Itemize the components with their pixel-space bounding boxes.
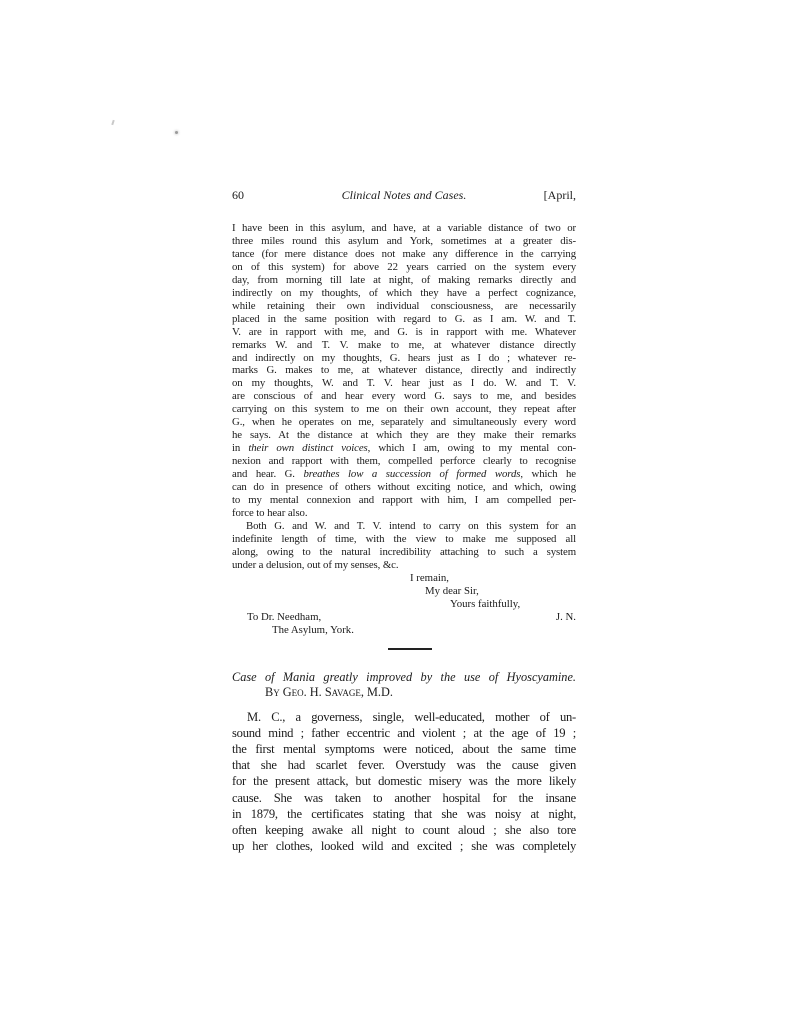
page-content: 60 Clinical Notes and Cases. [April, I h… xyxy=(232,188,576,854)
text-line: marks G. makes to me, at whatever distan… xyxy=(232,364,576,377)
text-line: he says. At the distance at which they a… xyxy=(232,429,576,442)
text-line: to my mental connexion and rapport with … xyxy=(232,494,576,507)
text-line: along, owing to the natural incredibilit… xyxy=(232,546,576,559)
text-line: and hear. G. breathes low a succession o… xyxy=(232,468,576,481)
valediction-dear-sir: My dear Sir, xyxy=(425,585,576,598)
text-line: tance (for mere distance does not make a… xyxy=(232,248,576,261)
text-line: M. C., a governess, single, well-educate… xyxy=(232,709,576,725)
text-line: force to hear also. xyxy=(232,507,576,520)
signature-initials: J. N. xyxy=(556,611,576,624)
text-line: and indirectly on my thoughts, G. hears … xyxy=(232,352,576,365)
text-line: on of this system) for above 22 years ca… xyxy=(232,261,576,274)
text-line: cause. She was taken to another hospital… xyxy=(232,790,576,806)
text-line: on my thoughts, W. and T. V. hear just a… xyxy=(232,377,576,390)
text-line: the first mental symptoms were noticed, … xyxy=(232,741,576,757)
text-line: remarks W. and T. V. make to me, at what… xyxy=(232,339,576,352)
article-title: Case of Mania greatly improved by the us… xyxy=(232,670,576,685)
section-divider xyxy=(388,648,432,650)
addressee-signature-line: To Dr. Needham, J. N. xyxy=(232,611,576,624)
text-line: nexion and rapport with them, compelled … xyxy=(232,455,576,468)
running-title: Clinical Notes and Cases. xyxy=(292,188,516,202)
running-header: 60 Clinical Notes and Cases. [April, xyxy=(232,188,576,202)
letter-closing: I remain, My dear Sir, Yours faithfully,… xyxy=(232,572,576,637)
letter-paragraph-1: I have been in this asylum, and have, at… xyxy=(232,222,576,520)
text-line: indefinite length of time, with the view… xyxy=(232,533,576,546)
page-number: 60 xyxy=(232,188,292,202)
text-line: for the present attack, but domestic mis… xyxy=(232,773,576,789)
issue-date: [April, xyxy=(516,188,576,202)
letter-paragraph-2: Both G. and W. and T. V. intend to carry… xyxy=(232,520,576,572)
text-line: while retaining their own individual con… xyxy=(232,300,576,313)
text-line: three miles round this asylum and York, … xyxy=(232,235,576,248)
addressee-address: The Asylum, York. xyxy=(272,624,576,637)
text-line: carrying on this system to me on their o… xyxy=(232,403,576,416)
text-line: that she had scarlet fever. Overstudy wa… xyxy=(232,757,576,773)
text-line: day, from morning till late at night, of… xyxy=(232,274,576,287)
journal-page: 60 Clinical Notes and Cases. [April, I h… xyxy=(0,0,800,1036)
valediction-faithfully: Yours faithfully, xyxy=(450,598,576,611)
valediction-remain: I remain, xyxy=(410,572,576,585)
text-line: up her clothes, looked wild and excited … xyxy=(232,838,576,854)
text-line: I have been in this asylum, and have, at… xyxy=(232,222,576,235)
text-line: indirectly on my thoughts, of which they… xyxy=(232,287,576,300)
text-line: placed in the same position with regard … xyxy=(232,313,576,326)
text-line: in their own distinct voices, which I am… xyxy=(232,442,576,455)
text-line: G., when he operates on me, separately a… xyxy=(232,416,576,429)
text-line: are conscious of and hear every word G. … xyxy=(232,390,576,403)
text-line: under a delusion, out of my senses, &c. xyxy=(232,559,576,572)
article-byline: By Geo. H. Savage, M.D. xyxy=(265,685,576,700)
text-line: sound mind ; father eccentric and violen… xyxy=(232,725,576,741)
text-line: Both G. and W. and T. V. intend to carry… xyxy=(232,520,576,533)
text-line: often keeping awake all night to count a… xyxy=(232,822,576,838)
addressee: To Dr. Needham, xyxy=(247,611,321,624)
text-line: can do in presence of others without exc… xyxy=(232,481,576,494)
case-paragraph: M. C., a governess, single, well-educate… xyxy=(232,709,576,855)
text-line: V. are in rapport with me, and G. is in … xyxy=(232,326,576,339)
scan-artifact xyxy=(175,131,178,134)
scan-artifact xyxy=(111,120,114,125)
text-line: in 1879, the certificates stating that s… xyxy=(232,806,576,822)
